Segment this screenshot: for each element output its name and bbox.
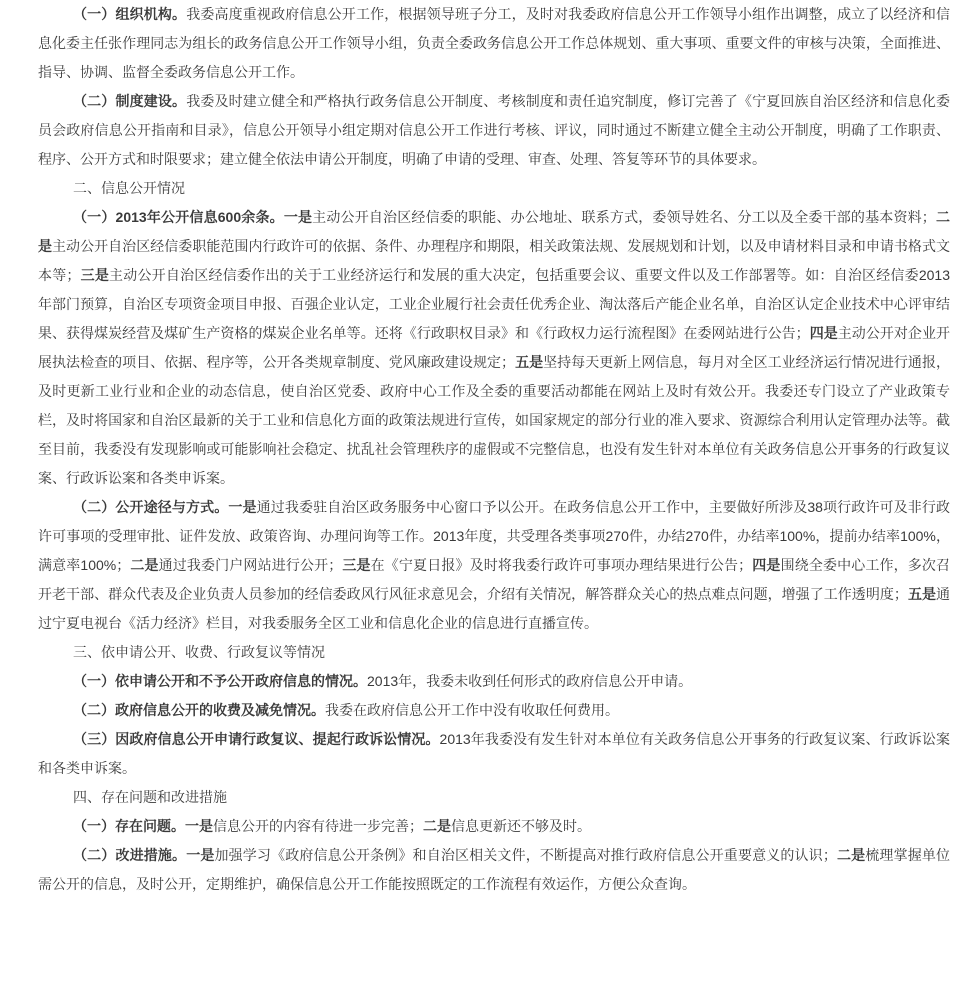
bold-text-run: 四是 (810, 325, 838, 341)
section-heading: 二、信息公开情况 (38, 174, 950, 203)
bold-text-run: 二是 (837, 847, 865, 863)
document-body: （一）组织机构。我委高度重视政府信息公开工作，根据领导班子分工，及时对我委政府信… (0, 0, 959, 959)
bold-text-run: 一是 (284, 209, 312, 225)
text-run: 主动公开自治区经信委的职能、办公地址、联系方式，委领导姓名、分工以及全委干部的基… (312, 209, 936, 225)
bold-text-run: 一是 (228, 499, 256, 515)
text-run: 四、存在问题和改进措施 (73, 789, 227, 805)
paragraph: （二）公开途径与方式。一是通过我委驻自治区政务服务中心窗口予以公开。在政务信息公… (38, 493, 950, 638)
text-run: 我委在政府信息公开工作中没有收取任何费用。 (325, 702, 619, 718)
bold-text-run: （三）因政府信息公开申请行政复议、提起行政诉讼情况。 (73, 731, 440, 747)
text-run: 二、信息公开情况 (73, 180, 185, 196)
paragraph: （二）制度建设。我委及时建立健全和严格执行政务信息公开制度、考核制度和责任追究制… (38, 87, 950, 174)
bold-text-run: 二是 (423, 818, 451, 834)
paragraph: （一）存在问题。一是信息公开的内容有待进一步完善；二是信息更新还不够及时。 (38, 812, 950, 841)
bold-text-run: （一）存在问题。 (73, 818, 185, 834)
bold-text-run: （一）组织机构。 (73, 6, 186, 22)
paragraph: （一）依申请公开和不予公开政府信息的情况。2013年，我委未收到任何形式的政府信… (38, 667, 950, 696)
paragraph: （一）组织机构。我委高度重视政府信息公开工作，根据领导班子分工，及时对我委政府信… (38, 0, 950, 87)
paragraph: （二）政府信息公开的收费及减免情况。我委在政府信息公开工作中没有收取任何费用。 (38, 696, 950, 725)
section-heading: 三、依申请公开、收费、行政复议等情况 (38, 638, 950, 667)
document-page: （一）组织机构。我委高度重视政府信息公开工作，根据领导班子分工，及时对我委政府信… (0, 0, 959, 995)
text-run: 坚持每天更新上网信息，每月对全区工业经济运行情况进行通报，及时更新工业行业和企业… (38, 354, 950, 486)
text-run: 信息更新还不够及时。 (451, 818, 591, 834)
paragraph: （三）因政府信息公开申请行政复议、提起行政诉讼情况。2013年我委没有发生针对本… (38, 725, 950, 783)
bold-text-run: （一）2013年公开信息600余条。 (73, 209, 284, 225)
bold-text-run: 三是 (80, 267, 109, 283)
bold-text-run: （二）改进措施。 (73, 847, 186, 863)
bold-text-run: （二）制度建设。 (73, 93, 186, 109)
bold-text-run: 一是 (185, 818, 213, 834)
text-run: 三、依申请公开、收费、行政复议等情况 (73, 644, 325, 660)
bold-text-run: 五是 (908, 586, 936, 602)
text-run: 通过我委门户网站进行公开； (159, 557, 343, 573)
text-run: 加强学习《政府信息公开条例》和自治区相关文件，不断提高对推行政府信息公开重要意义… (214, 847, 836, 863)
text-run: 2013年，我委未收到任何形式的政府信息公开申请。 (367, 673, 692, 689)
text-run: 信息公开的内容有待进一步完善； (213, 818, 423, 834)
section-heading: 四、存在问题和改进措施 (38, 783, 950, 812)
bold-text-run: 五是 (515, 354, 543, 370)
paragraph: （二）改进措施。一是加强学习《政府信息公开条例》和自治区相关文件，不断提高对推行… (38, 841, 950, 899)
paragraph: （一）2013年公开信息600余条。一是主动公开自治区经信委的职能、办公地址、联… (38, 203, 950, 493)
bold-text-run: （二）政府信息公开的收费及减免情况。 (73, 702, 325, 718)
bold-text-run: 三是 (342, 557, 370, 573)
bold-text-run: 二是 (130, 557, 158, 573)
bold-text-run: 一是 (186, 847, 214, 863)
bold-text-run: 四是 (752, 557, 780, 573)
text-run: 在《宁夏日报》及时将我委行政许可事项办理结果进行公告； (371, 557, 753, 573)
bold-text-run: （一）依申请公开和不予公开政府信息的情况。 (73, 673, 367, 689)
bold-text-run: （二）公开途径与方式。 (73, 499, 228, 515)
